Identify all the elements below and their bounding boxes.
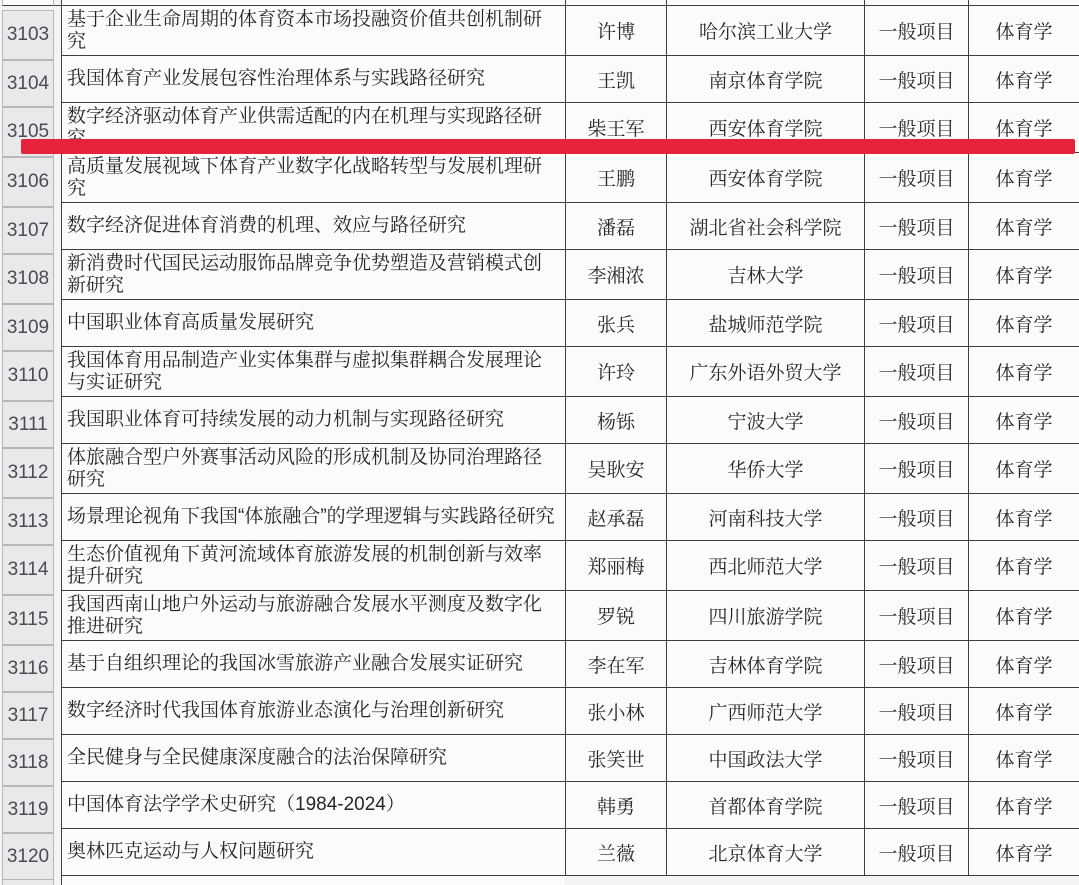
discipline-cell: 体育学 [968,735,1079,782]
discipline-cell: 体育学 [968,541,1079,591]
institution-cell: 四川旅游学院 [666,591,864,641]
row-id-cell: 3111 [2,401,54,448]
institution-cell: 宁波大学 [666,397,864,444]
leader-cell: 杨铄 [565,397,666,444]
row-id-cell: 3113 [2,498,54,545]
project-title-cell: 高质量发展视域下体育产业数字化战略转型与发展机理研 究 [61,153,565,203]
discipline-cell: 体育学 [968,397,1079,444]
row-id-cell: 3112 [2,448,54,498]
column-gap [54,300,61,347]
leader-column-stub [565,876,666,885]
column-gap [54,688,61,735]
row-id-cell: 3108 [2,254,54,304]
table-row: 3120奥林匹克运动与人权问题研究兰薇北京体育大学一般项目体育学 [2,829,1079,876]
institution-cell: 中国政法大学 [666,735,864,782]
institution-cell: 西北师范大学 [666,541,864,591]
discipline-cell: 体育学 [968,829,1079,876]
project-title-cell: 中国体育法学学术史研究（1984-2024） [61,782,565,829]
institution-cell: 北京体育大学 [666,829,864,876]
discipline-cell: 体育学 [968,300,1079,347]
leader-cell: 王凯 [565,56,666,103]
project-type-cell: 一般项目 [864,397,968,444]
row-id-cell: 3114 [2,545,54,595]
institution-cell: 哈尔滨工业大学 [666,6,864,56]
leader-cell: 李湘浓 [565,250,666,300]
discipline-column-stub [968,876,1079,885]
column-gap [54,641,61,688]
table-row: 3107数字经济促进体育消费的机理、效应与路径研究潘磊湖北省社会科学院一般项目体… [2,203,1079,250]
project-title-cell: 我国西南山地户外运动与旅游融合发展水平测度及数字化 推进研究 [61,591,565,641]
column-gap [54,6,61,56]
column-gap [54,541,61,591]
leader-cell: 张小林 [565,688,666,735]
row-id-cell: 3116 [2,645,54,692]
project-type-cell: 一般项目 [864,56,968,103]
highlight-underline [21,139,1075,154]
project-type-cell: 一般项目 [864,829,968,876]
project-title-cell: 场景理论视角下我国“体旅融合”的学理逻辑与实践路径研究 [61,494,565,541]
project-title-cell: 基于企业生命周期的体育资本市场投融资价值共创机制研 究 [61,6,565,56]
leader-cell: 许玲 [565,347,666,397]
row-id-cell: 3120 [2,833,54,880]
column-gap [54,153,61,203]
project-title-cell: 我国体育用品制造产业实体集群与虚拟集群耦合发展理论 与实证研究 [61,347,565,397]
discipline-cell: 体育学 [968,444,1079,494]
institution-column-stub [666,876,864,885]
institution-cell: 盐城师范学院 [666,300,864,347]
leader-cell: 赵承磊 [565,494,666,541]
discipline-cell: 体育学 [968,641,1079,688]
project-type-cell: 一般项目 [864,444,968,494]
project-title-cell: 新消费时代国民运动服饰品牌竞争优势塑造及营销模式创 新研究 [61,250,565,300]
project-type-cell: 一般项目 [864,300,968,347]
row-id-cell: 3104 [2,60,54,107]
institution-cell: 华侨大学 [666,444,864,494]
projects-table: 3103基于企业生命周期的体育资本市场投融资价值共创机制研 究许博哈尔滨工业大学… [2,6,1079,876]
project-title-cell: 全民健身与全民健康深度融合的法治保障研究 [61,735,565,782]
institution-cell: 吉林大学 [666,250,864,300]
discipline-cell: 体育学 [968,56,1079,103]
institution-cell: 湖北省社会科学院 [666,203,864,250]
institution-cell: 南京体育学院 [666,56,864,103]
table-row: 3108新消费时代国民运动服饰品牌竞争优势塑造及营销模式创 新研究李湘浓吉林大学… [2,250,1079,300]
institution-cell: 广西师范大学 [666,688,864,735]
leader-cell: 罗锐 [565,591,666,641]
column-gap [54,735,61,782]
institution-cell: 广东外语外贸大学 [666,347,864,397]
table-bottom-edge [2,876,1079,885]
project-type-cell: 一般项目 [864,591,968,641]
column-gap [54,203,61,250]
table-row: 3111我国职业体育可持续发展的动力机制与实现路径研究杨铄宁波大学一般项目体育学 [2,397,1079,444]
row-id-cell: 3118 [2,739,54,786]
leader-cell: 李在军 [565,641,666,688]
institution-cell: 首都体育学院 [666,782,864,829]
table-row: 3116基于自组织理论的我国冰雪旅游产业融合发展实证研究李在军吉林体育学院一般项… [2,641,1079,688]
discipline-cell: 体育学 [968,591,1079,641]
project-type-cell: 一般项目 [864,347,968,397]
leader-cell: 郑丽梅 [565,541,666,591]
leader-cell: 张笑世 [565,735,666,782]
column-gap [54,782,61,829]
discipline-cell: 体育学 [968,347,1079,397]
column-gap [54,591,61,641]
table-row: 3115我国西南山地户外运动与旅游融合发展水平测度及数字化 推进研究罗锐四川旅游… [2,591,1079,641]
institution-cell: 西安体育学院 [666,153,864,203]
table-row: 3104我国体育产业发展包容性治理体系与实践路径研究王凯南京体育学院一般项目体育… [2,56,1079,103]
discipline-cell: 体育学 [968,782,1079,829]
project-type-cell: 一般项目 [864,735,968,782]
table-row: 3112体旅融合型户外赛事活动风险的形成机制及协同治理路径 研究吴耿安华侨大学一… [2,444,1079,494]
row-id-cell: 3103 [2,10,54,60]
project-title-cell: 体旅融合型户外赛事活动风险的形成机制及协同治理路径 研究 [61,444,565,494]
discipline-cell: 体育学 [968,203,1079,250]
leader-cell: 潘磊 [565,203,666,250]
leader-cell: 张兵 [565,300,666,347]
table-row: 3110我国体育用品制造产业实体集群与虚拟集群耦合发展理论 与实证研究许玲广东外… [2,347,1079,397]
leader-cell: 兰薇 [565,829,666,876]
project-type-cell: 一般项目 [864,250,968,300]
row-id-cell: 3107 [2,207,54,254]
screenshot-root: 3103基于企业生命周期的体育资本市场投融资价值共创机制研 究许博哈尔滨工业大学… [0,0,1079,885]
row-id-cell: 3106 [2,157,54,207]
row-id-cell: 3110 [2,351,54,401]
table-row: 3114生态价值视角下黄河流域体育旅游发展的机制创新与效率 提升研究郑丽梅西北师… [2,541,1079,591]
column-gap [54,494,61,541]
column-gap [54,397,61,444]
project-type-cell: 一般项目 [864,782,968,829]
institution-cell: 吉林体育学院 [666,641,864,688]
leader-cell: 吴耿安 [565,444,666,494]
table-row: 3106高质量发展视域下体育产业数字化战略转型与发展机理研 究王鹏西安体育学院一… [2,153,1079,203]
table-row: 3105数字经济驱动体育产业供需适配的内在机理与实现路径研 究柴王军西安体育学院… [2,103,1079,153]
column-gap [54,250,61,300]
table-row: 3113场景理论视角下我国“体旅融合”的学理逻辑与实践路径研究赵承磊河南科技大学… [2,494,1079,541]
discipline-cell: 体育学 [968,6,1079,56]
project-title-cell: 中国职业体育高质量发展研究 [61,300,565,347]
discipline-cell: 体育学 [968,250,1079,300]
id-column-stub [2,0,54,6]
leader-cell: 韩勇 [565,782,666,829]
leader-cell: 许博 [565,6,666,56]
table-row: 3103基于企业生命周期的体育资本市场投融资价值共创机制研 究许博哈尔滨工业大学… [2,6,1079,56]
column-gap [54,829,61,876]
leader-cell: 王鹏 [565,153,666,203]
project-title-cell: 我国职业体育可持续发展的动力机制与实现路径研究 [61,397,565,444]
type-column-stub [864,876,968,885]
table-row: 3119中国体育法学学术史研究（1984-2024）韩勇首都体育学院一般项目体育… [2,782,1079,829]
row-id-cell: 3119 [2,786,54,833]
row-id-cell: 3117 [2,692,54,739]
table-row: 3118全民健身与全民健康深度融合的法治保障研究张笑世中国政法大学一般项目体育学 [2,735,1079,782]
project-title-cell: 我国体育产业发展包容性治理体系与实践路径研究 [61,56,565,103]
project-title-cell: 生态价值视角下黄河流域体育旅游发展的机制创新与效率 提升研究 [61,541,565,591]
project-type-cell: 一般项目 [864,494,968,541]
project-type-cell: 一般项目 [864,203,968,250]
project-title-cell: 数字经济促进体育消费的机理、效应与路径研究 [61,203,565,250]
discipline-cell: 体育学 [968,494,1079,541]
row-id-cell: 3115 [2,595,54,645]
project-type-cell: 一般项目 [864,6,968,56]
discipline-cell: 体育学 [968,153,1079,203]
project-type-cell: 一般项目 [864,641,968,688]
column-gap [54,444,61,494]
table-row: 3117数字经济时代我国体育旅游业态演化与治理创新研究张小林广西师范大学一般项目… [2,688,1079,735]
project-title-cell: 数字经济时代我国体育旅游业态演化与治理创新研究 [61,688,565,735]
project-type-cell: 一般项目 [864,688,968,735]
row-id-cell: 3109 [2,304,54,351]
gap-stub [54,876,61,885]
title-column-stub [61,876,565,885]
project-title-cell: 奥林匹克运动与人权问题研究 [61,829,565,876]
column-gap [54,56,61,103]
project-type-cell: 一般项目 [864,153,968,203]
column-gap [54,347,61,397]
table-row: 3109中国职业体育高质量发展研究张兵盐城师范学院一般项目体育学 [2,300,1079,347]
project-type-cell: 一般项目 [864,541,968,591]
discipline-cell: 体育学 [968,688,1079,735]
institution-cell: 河南科技大学 [666,494,864,541]
project-title-cell: 基于自组织理论的我国冰雪旅游产业融合发展实证研究 [61,641,565,688]
